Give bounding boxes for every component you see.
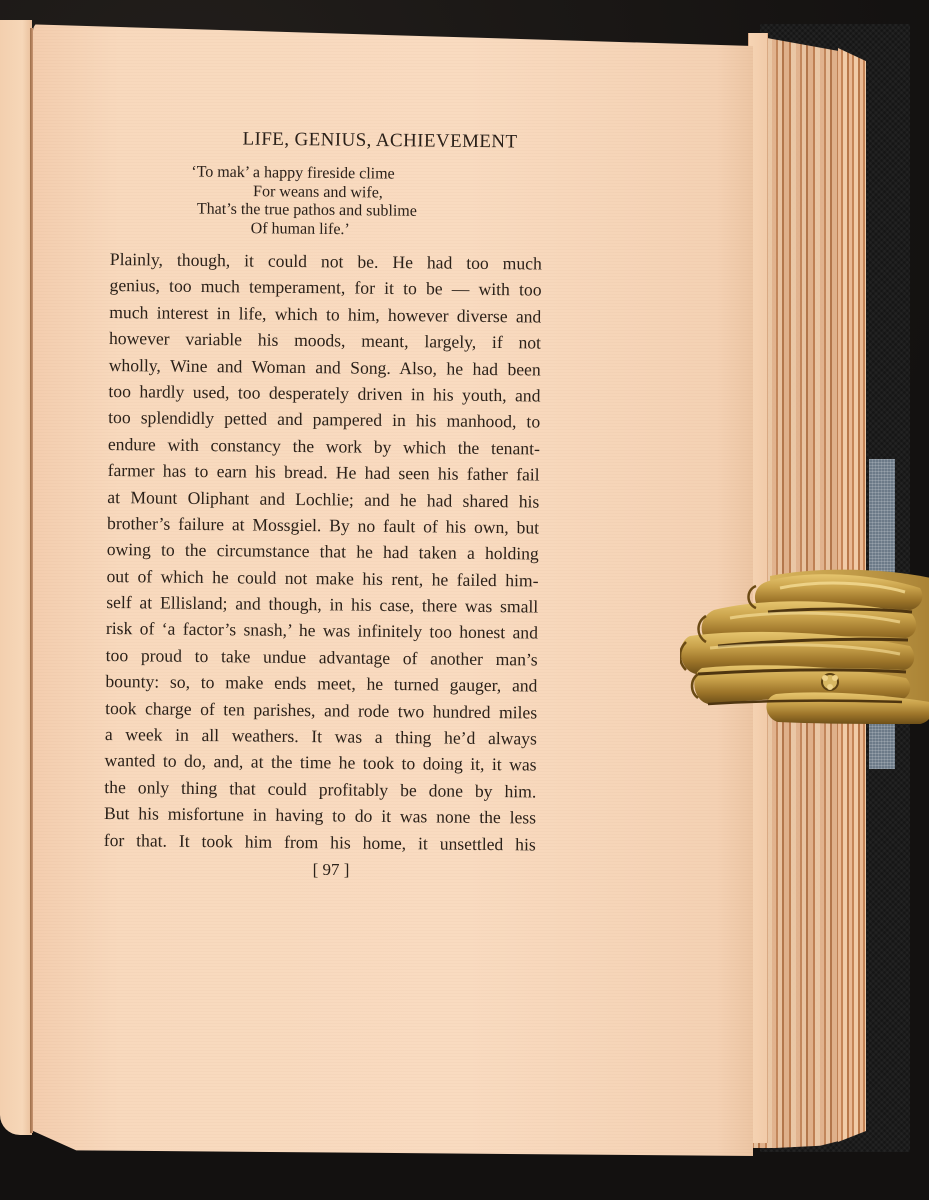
text-line: too splendidly petted and pampered in hi… <box>108 404 540 435</box>
epigraph-verse: ‘To mak’ a happy fireside clime For wean… <box>185 163 486 240</box>
text-line: bounty: so, to make ends meet, he turned… <box>105 668 537 699</box>
verse-line: ‘To mak’ a happy fireside clime <box>185 163 485 185</box>
text-line: however variable his moods, meant, large… <box>109 325 541 356</box>
body-paragraph: Plainly, though, it could not be. He had… <box>104 246 542 857</box>
verse-line: That’s the true pathos and sublime <box>185 200 485 222</box>
text-line: for that. It took him from his home, it … <box>104 827 536 858</box>
ring-detail <box>822 674 838 690</box>
brass-hand-icon <box>680 566 929 724</box>
text-line: genius, too much temperament, for it to … <box>109 272 541 303</box>
text-line: farmer has to earn his bread. He had see… <box>108 457 540 488</box>
book-gutter <box>30 28 33 1133</box>
left-page-edge <box>0 20 32 1135</box>
text-line: But his misfortune in having to do it wa… <box>104 800 536 831</box>
text-line: owing to the circumstance that he had ta… <box>107 536 539 567</box>
page-number: [ 97 ] <box>256 860 406 880</box>
verse-line: Of human life.’ <box>185 219 485 241</box>
